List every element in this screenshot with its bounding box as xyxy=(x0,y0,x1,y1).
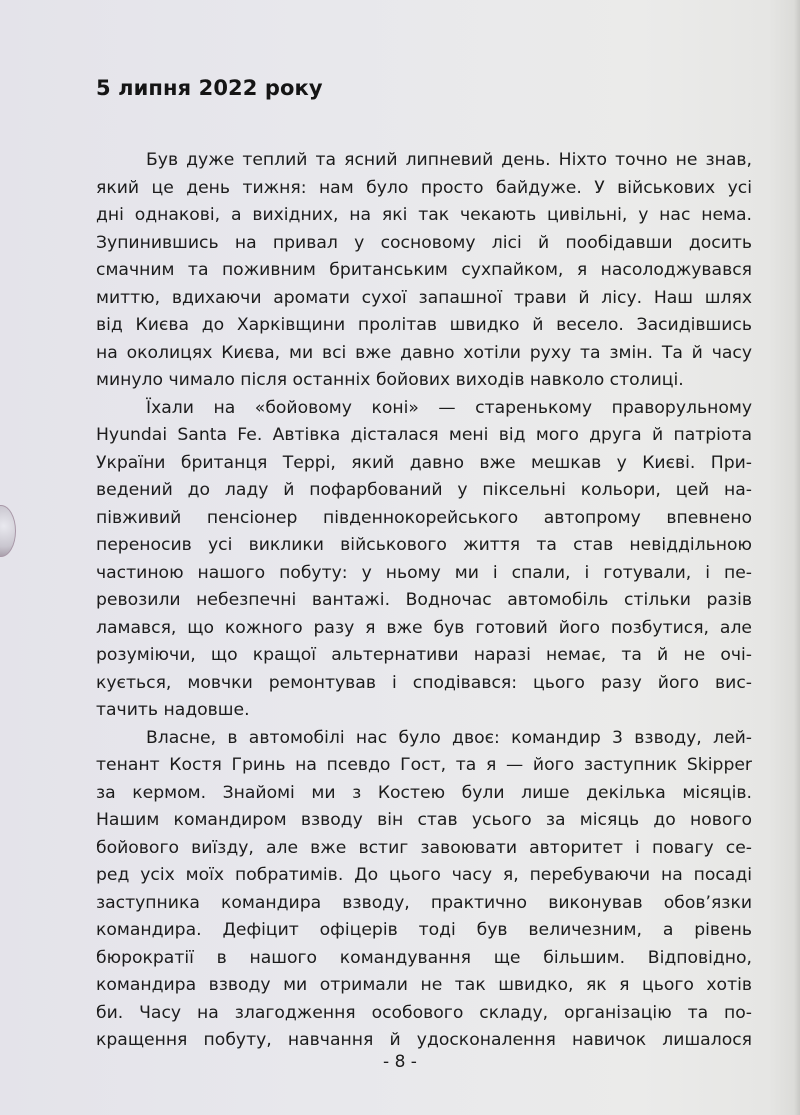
text-line: від Києва до Харківщини пролітав швидко … xyxy=(96,312,752,340)
page-number: - 8 - xyxy=(0,1052,800,1072)
text-line: командира. Дефіцит офіцерів тоді був вел… xyxy=(96,917,752,945)
text-line: Зупинившись на привал у сосновому лісі й… xyxy=(96,230,752,258)
text-line: тачить надовше. xyxy=(96,697,752,725)
text-line: Hyundai Santa Fe. Автівка дісталася мені… xyxy=(96,422,752,450)
text-line: кращення побуту, навчання й удосконаленн… xyxy=(96,1027,752,1055)
text-line: командира взводу ми отримали не так швид… xyxy=(96,972,752,1000)
binder-ring-object xyxy=(0,505,16,557)
text-line: за кермом. Знайомі ми з Костею були лише… xyxy=(96,780,752,808)
text-line: кується, мовчки ремонтував і сподівався:… xyxy=(96,670,752,698)
text-line: миттю, вдихаючи аромати сухої запашної т… xyxy=(96,285,752,313)
text-line: ред усіх моїх побратимів. До цього часу … xyxy=(96,862,752,890)
text-line: минуло чимало після останніх бойових вих… xyxy=(96,367,752,395)
text-line: переносив усі виклики військового життя … xyxy=(96,532,752,560)
text-line: тенант Костя Гринь на псевдо Гост, та я … xyxy=(96,752,752,780)
text-line: смачним та поживним британським сухпайко… xyxy=(96,257,752,285)
text-line: Власне, в автомобілі нас було двоє: кома… xyxy=(96,725,752,753)
text-line: Був дуже теплий та ясний липневий день. … xyxy=(96,147,752,175)
text-line: розуміючи, що кращої альтернативи наразі… xyxy=(96,642,752,670)
text-line: півживий пенсіонер південнокорейського а… xyxy=(96,505,752,533)
text-line: який це день тижня: нам було просто байд… xyxy=(96,175,752,203)
text-line: на околицях Києва, ми всі вже давно хоті… xyxy=(96,340,752,368)
text-line: Нашим командиром взводу він став усього … xyxy=(96,807,752,835)
page-edge-shadow xyxy=(794,0,800,1115)
text-line: бойового виїзду, але вже встиг завоювати… xyxy=(96,835,752,863)
text-line: дні однакові, а вихідних, на які так чек… xyxy=(96,202,752,230)
text-line: ламався, що кожного разу я вже був готов… xyxy=(96,615,752,643)
chapter-date-heading: 5 липня 2022 року xyxy=(96,76,323,100)
text-line: ревозили небезпечні вантажі. Водночас ав… xyxy=(96,587,752,615)
text-line: Їхали на «бойовому коні» — старенькому п… xyxy=(96,395,752,423)
body-text: Був дуже теплий та ясний липневий день. … xyxy=(96,147,752,1055)
text-line: частиною нашого побуту: у ньому ми і спа… xyxy=(96,560,752,588)
text-line: заступника командира взводу, практично в… xyxy=(96,890,752,918)
text-line: України британця Террі, який давно вже м… xyxy=(96,450,752,478)
text-line: бюрократії в нашого командування ще біль… xyxy=(96,945,752,973)
text-line: би. Часу на злагодження особового складу… xyxy=(96,1000,752,1028)
text-line: ведений до ладу й пофарбований у піксель… xyxy=(96,477,752,505)
